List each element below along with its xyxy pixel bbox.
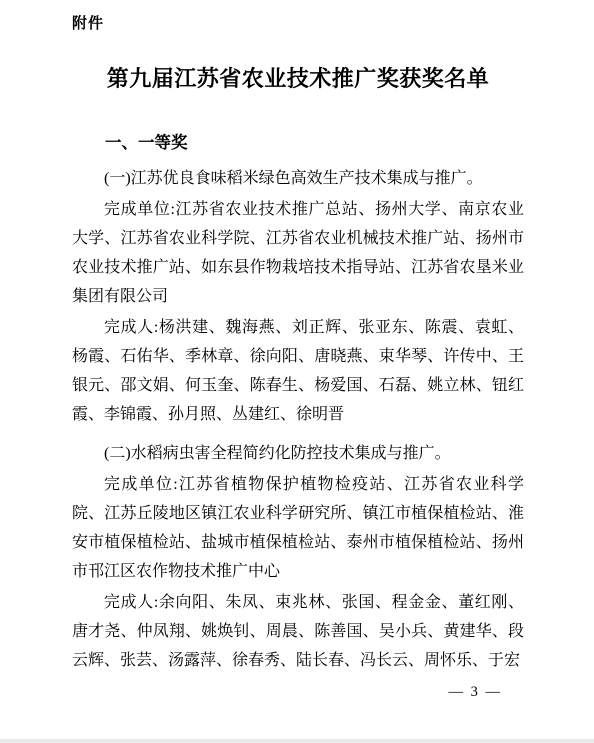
award-1-completing-people: 完成人:杨洪建、魏海燕、刘正辉、张亚东、陈震、袁虹、杨霞、石佑华、季林章、徐向阳… <box>72 313 524 429</box>
document-title: 第九届江苏省农业技术推广奖获奖名单 <box>72 64 524 94</box>
attachment-label: 附件 <box>72 14 524 34</box>
award-2-completing-people: 完成人:余向阳、朱凤、束兆林、张国、程金金、董红刚、唐才尧、仲凤翔、姚焕钊、周晨… <box>72 588 524 675</box>
award-1-title: (一)江苏优良食味稻米绿色高效生产技术集成与推广。 <box>72 164 524 193</box>
document-page: 附件 第九届江苏省农业技术推广奖获奖名单 一、一等奖 (一)江苏优良食味稻米绿色… <box>0 0 594 743</box>
page-number: — 3 — <box>72 682 524 702</box>
section-heading-first-prize: 一、一等奖 <box>72 132 524 154</box>
viewer-bottom-edge <box>0 739 594 743</box>
award-2-completing-units: 完成单位:江苏省植物保护植物检疫站、江苏省农业科学院、江苏丘陵地区镇江农业科学研… <box>72 470 524 586</box>
award-1-completing-units: 完成单位:江苏省农业技术推广总站、扬州大学、南京农业大学、江苏省农业科学院、江苏… <box>72 195 524 311</box>
award-2-title: (二)水稻病虫害全程简约化防控技术集成与推广。 <box>72 439 524 468</box>
